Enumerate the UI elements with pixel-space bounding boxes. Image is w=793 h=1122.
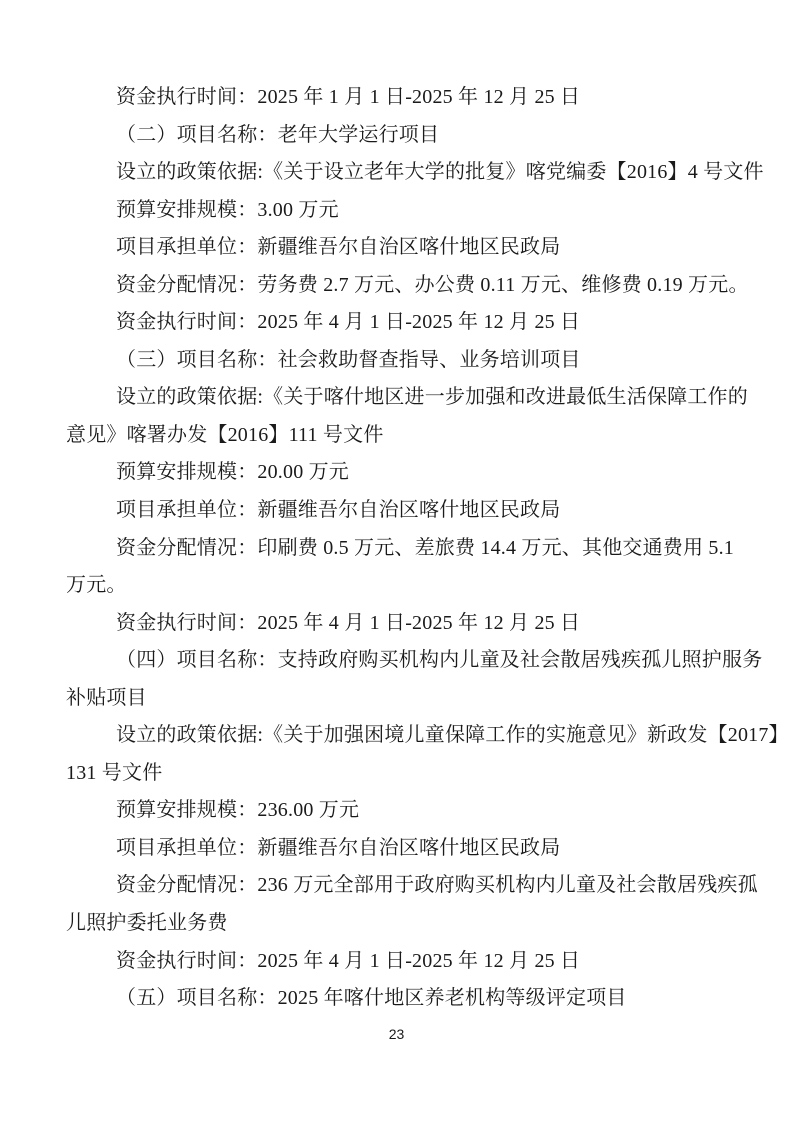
document-line: 设立的政策依据:《关于加强困境儿童保障工作的实施意见》新政发【2017】 (66, 717, 729, 755)
document-line: 项目承担单位：新疆维吾尔自治区喀什地区民政局 (66, 229, 729, 267)
document-line: 意见》喀署办发【2016】111 号文件 (66, 417, 729, 455)
document-line: 131 号文件 (66, 755, 729, 793)
document-line: （三）项目名称：社会救助督查指导、业务培训项目 (66, 342, 729, 380)
document-line: 预算安排规模：236.00 万元 (66, 792, 729, 830)
document-line: 设立的政策依据:《关于设立老年大学的批复》喀党编委【2016】4 号文件 (66, 154, 729, 192)
document-line: 资金执行时间：2025 年 1 月 1 日-2025 年 12 月 25 日 (66, 79, 729, 117)
document-line: 补贴项目 (66, 680, 729, 718)
document-line: 项目承担单位：新疆维吾尔自治区喀什地区民政局 (66, 492, 729, 530)
document-line: 设立的政策依据:《关于喀什地区进一步加强和改进最低生活保障工作的 (66, 379, 729, 417)
document-body: 资金执行时间：2025 年 1 月 1 日-2025 年 12 月 25 日（二… (66, 79, 729, 1018)
document-line: 资金执行时间：2025 年 4 月 1 日-2025 年 12 月 25 日 (66, 943, 729, 981)
document-line: 资金执行时间：2025 年 4 月 1 日-2025 年 12 月 25 日 (66, 304, 729, 342)
document-line: 预算安排规模：3.00 万元 (66, 192, 729, 230)
document-line: 资金分配情况：劳务费 2.7 万元、办公费 0.11 万元、维修费 0.19 万… (66, 267, 729, 305)
document-page: 资金执行时间：2025 年 1 月 1 日-2025 年 12 月 25 日（二… (0, 0, 793, 1122)
document-line: 万元。 (66, 567, 729, 605)
document-line: 项目承担单位：新疆维吾尔自治区喀什地区民政局 (66, 830, 729, 868)
document-line: 资金执行时间：2025 年 4 月 1 日-2025 年 12 月 25 日 (66, 605, 729, 643)
document-line: （四）项目名称：支持政府购买机构内儿童及社会散居残疾孤儿照护服务 (66, 642, 729, 680)
document-line: （二）项目名称：老年大学运行项目 (66, 117, 729, 155)
page-number: 23 (0, 1026, 793, 1042)
document-line: （五）项目名称：2025 年喀什地区养老机构等级评定项目 (66, 980, 729, 1018)
document-line: 资金分配情况：236 万元全部用于政府购买机构内儿童及社会散居残疾孤 (66, 867, 729, 905)
document-line: 预算安排规模：20.00 万元 (66, 454, 729, 492)
document-line: 儿照护委托业务费 (66, 905, 729, 943)
document-line: 资金分配情况：印刷费 0.5 万元、差旅费 14.4 万元、其他交通费用 5.1 (66, 530, 729, 568)
